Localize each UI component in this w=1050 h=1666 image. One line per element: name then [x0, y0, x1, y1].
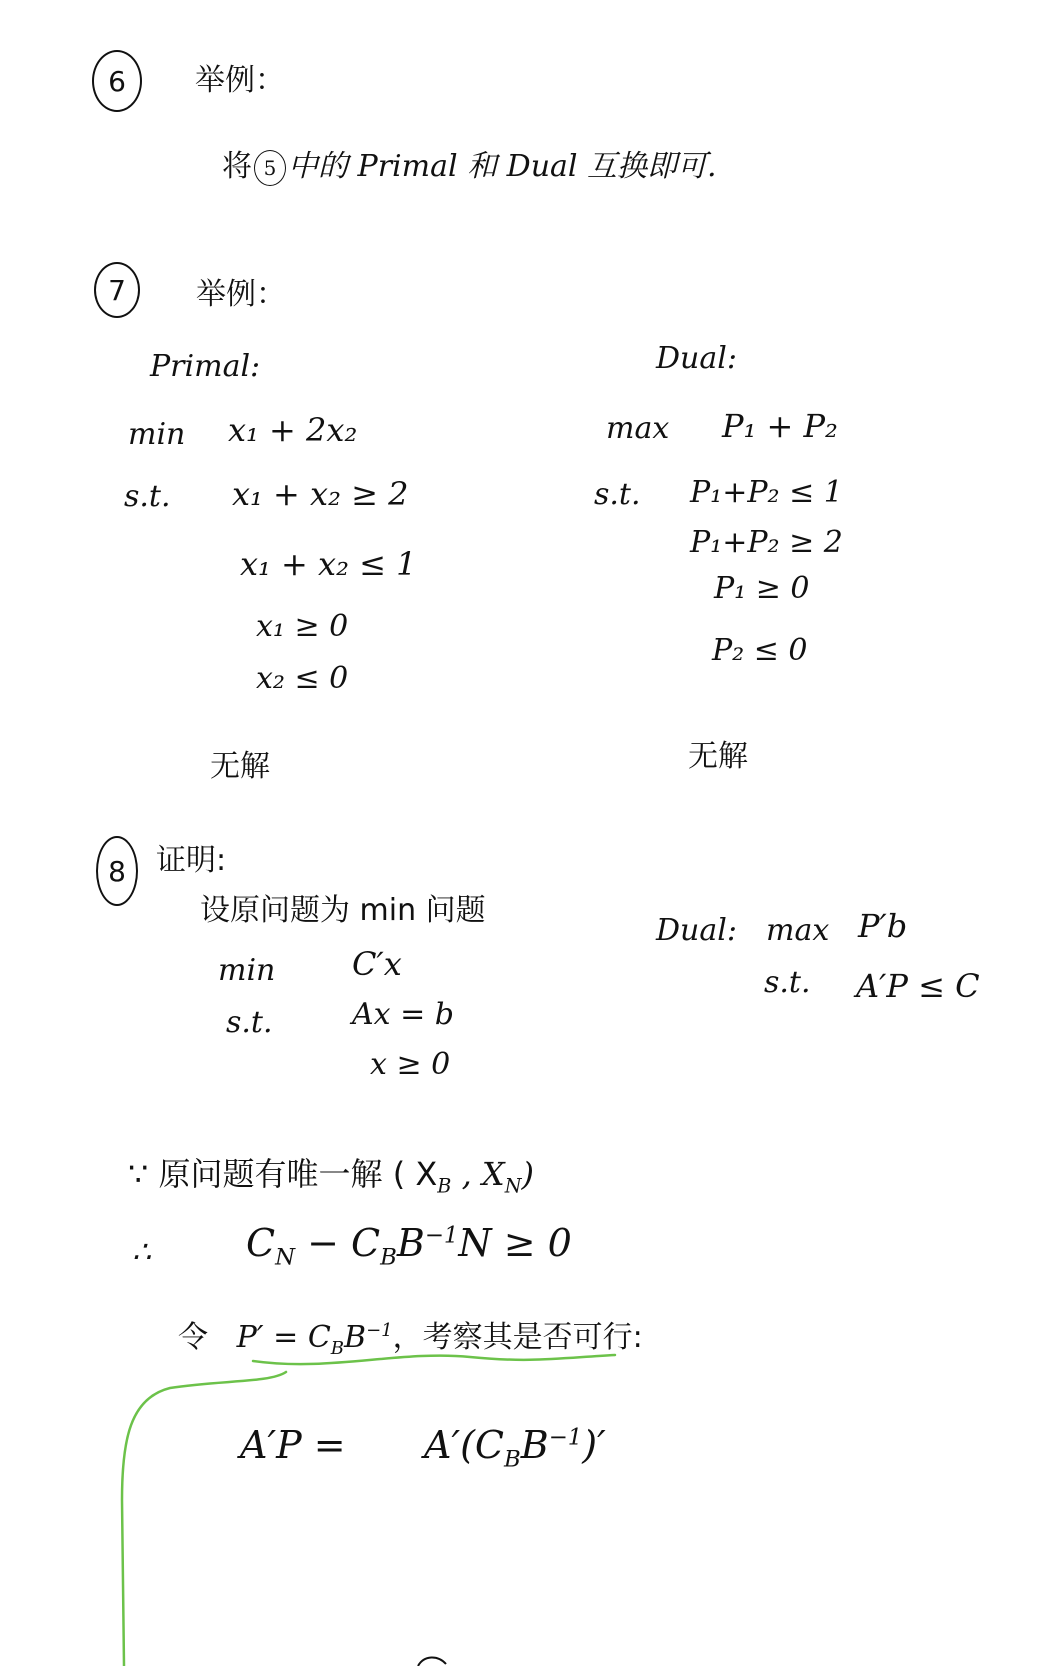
let-statement: 令 P′ = CBB−1，考察其是否可行: [178, 1322, 643, 1358]
let-tail: ，考察其是否可行: [393, 1320, 643, 1355]
primal-objective: x₁ + 2x₂ [228, 414, 357, 446]
green-annotation-strokes [0, 0, 1050, 1666]
primal-st-keyword: s.t. [124, 482, 171, 512]
therefore-symbol: ∴ [132, 1238, 151, 1268]
let-b: B [344, 1320, 366, 1355]
section-6-body: 将5中的 Primal 和 Dual 互换即可. [222, 150, 717, 186]
because-statement: ∵ 原问题有唯一解 ( XB , XN) [128, 1158, 534, 1196]
xn-subscript: N [505, 1174, 522, 1197]
because-text: ∵ 原问题有唯一解 ( X [128, 1155, 437, 1193]
let-b-sub: B [331, 1338, 344, 1359]
primal-constraint-1: x₁ + x₂ ≥ 2 [232, 478, 408, 510]
proof-primal-st-keyword: s.t. [226, 1008, 273, 1038]
proof-dual-constraint: A′P ≤ C [856, 970, 980, 1002]
section-8-assumption: 设原问题为 min 问题 [200, 896, 486, 926]
eq-rhs-sub: B [504, 1447, 521, 1473]
dual-constraint-4: P₂ ≤ 0 [712, 636, 808, 666]
section-6-number: 6 [92, 50, 142, 112]
green-bracket [122, 1372, 286, 1666]
section-7-number: 7 [94, 262, 140, 318]
dual-constraint-2: P₁+P₂ ≥ 2 [690, 528, 843, 558]
ineq-tail: N ≥ 0 [458, 1221, 571, 1265]
ineq-b-sub: B [380, 1245, 397, 1271]
let-p-equals: P′ = C [237, 1320, 331, 1355]
ineq-n-sub: N [275, 1245, 295, 1271]
section-7-heading: 举例： [196, 280, 286, 310]
eq-rhs-sup: −1 [549, 1424, 583, 1450]
primal-constraint-4: x₂ ≤ 0 [256, 664, 348, 694]
eq-rhs-b: B [521, 1423, 549, 1467]
proof-dual-max-keyword: max [766, 916, 829, 946]
reduced-cost-inequality: CN − CBB−1N ≥ 0 [246, 1224, 572, 1269]
eq-rhs-a: A′(C [424, 1423, 504, 1467]
primal-constraint-2: x₁ + x₂ ≤ 1 [240, 548, 416, 580]
ineq-minus-c: − C [295, 1221, 380, 1265]
section-8-number-text: 8 [108, 855, 126, 888]
primal-label: Primal: [150, 352, 260, 382]
proof-primal-min-keyword: min [218, 956, 275, 986]
ineq-b: B [397, 1221, 425, 1265]
primal-result: 无解 [210, 752, 270, 782]
section-6-heading: 举例： [195, 66, 285, 96]
let-inverse-sup: −1 [366, 1320, 393, 1341]
section-7-number-text: 7 [108, 274, 126, 307]
dual-result: 无解 [688, 742, 748, 772]
section-8-number: 8 [96, 836, 138, 906]
because-mid: , X [451, 1155, 504, 1193]
section-6-body-suffix: 中的 Primal 和 Dual 互换即可. [288, 149, 717, 184]
dual-constraint-3: P₁ ≥ 0 [714, 574, 810, 604]
ref-5-text: 5 [264, 158, 277, 178]
partial-stroke-bottom [418, 1657, 446, 1666]
primal-min-keyword: min [128, 420, 185, 450]
section-8-heading: 证明: [156, 846, 226, 876]
proof-primal-constraint-2: x ≥ 0 [370, 1050, 450, 1080]
section-6-body-prefix: 将 [222, 149, 252, 184]
proof-primal-constraint-1: Ax = b [352, 1000, 454, 1030]
ineq-inverse-sup: −1 [425, 1222, 459, 1248]
dual-constraint-1: P₁+P₂ ≤ 1 [690, 478, 843, 508]
proof-primal-objective: C′x [352, 948, 402, 980]
proof-dual-label: Dual: [656, 916, 737, 946]
because-end: ) [522, 1155, 534, 1193]
feasibility-equation-lhs: A′P = [240, 1426, 346, 1464]
let-keyword: 令 [178, 1320, 208, 1355]
section-6-number-text: 6 [108, 65, 126, 98]
dual-max-keyword: max [606, 414, 669, 444]
proof-dual-st-keyword: s.t. [764, 968, 811, 998]
feasibility-equation-rhs: A′(CBB−1)′ [424, 1426, 606, 1471]
dual-label: Dual: [656, 344, 737, 374]
ref-5-badge: 5 [254, 150, 286, 186]
dual-st-keyword: s.t. [594, 480, 641, 510]
dual-objective: P₁ + P₂ [722, 410, 838, 442]
proof-dual-objective: P′b [858, 910, 907, 942]
eq-rhs-end: )′ [582, 1423, 605, 1467]
ineq-c: C [246, 1221, 275, 1265]
xb-subscript: B [437, 1174, 451, 1197]
primal-constraint-3: x₁ ≥ 0 [256, 612, 348, 642]
